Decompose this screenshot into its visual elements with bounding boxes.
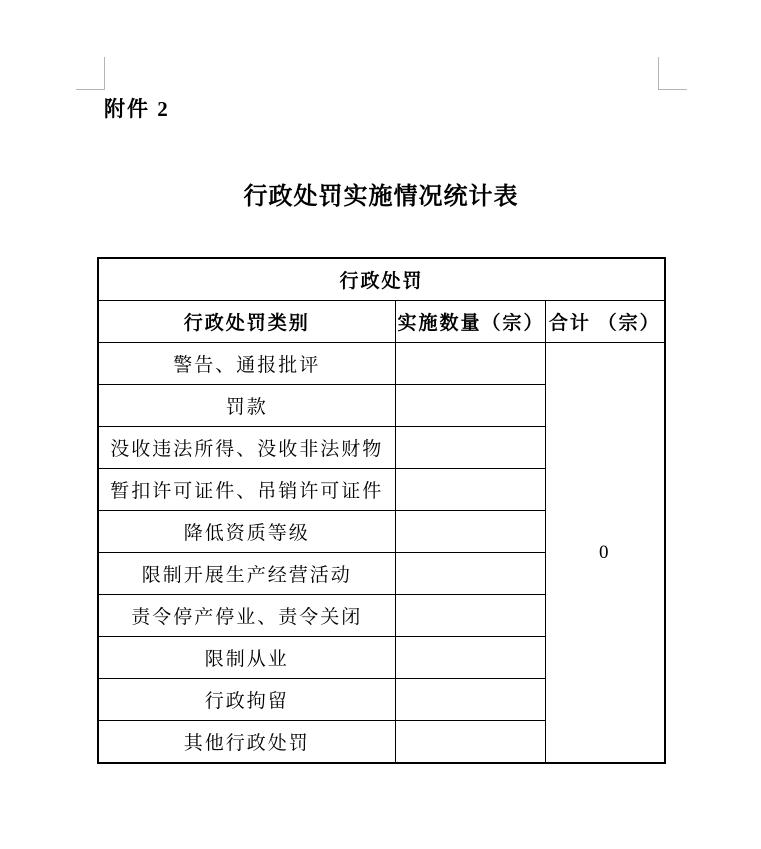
table-group-header-row: 行政处罚 xyxy=(98,258,665,301)
count-cell xyxy=(395,385,545,427)
document-page: 附件 2 行政处罚实施情况统计表 行政处罚 行政处罚类别 实施数量（宗） 合计 … xyxy=(0,0,761,849)
column-header-category: 行政处罚类别 xyxy=(98,301,395,343)
penalty-table: 行政处罚 行政处罚类别 实施数量（宗） 合计 （宗） 警告、通报批评 0 罚款 … xyxy=(97,257,666,764)
count-cell xyxy=(395,679,545,721)
category-cell: 暂扣许可证件、吊销许可证件 xyxy=(98,469,395,511)
column-header-count: 实施数量（宗） xyxy=(395,301,545,343)
count-cell xyxy=(395,343,545,385)
margin-mark-top-left xyxy=(76,57,105,90)
category-cell: 行政拘留 xyxy=(98,679,395,721)
category-cell: 降低资质等级 xyxy=(98,511,395,553)
table-column-header-row: 行政处罚类别 实施数量（宗） 合计 （宗） xyxy=(98,301,665,343)
count-cell xyxy=(395,553,545,595)
category-cell: 警告、通报批评 xyxy=(98,343,395,385)
count-cell xyxy=(395,511,545,553)
category-cell: 责令停产停业、责令关闭 xyxy=(98,595,395,637)
count-cell xyxy=(395,637,545,679)
category-cell: 罚款 xyxy=(98,385,395,427)
total-value-cell: 0 xyxy=(545,343,665,764)
category-cell: 限制开展生产经营活动 xyxy=(98,553,395,595)
category-cell: 其他行政处罚 xyxy=(98,721,395,764)
attachment-label: 附件 2 xyxy=(104,93,170,123)
category-cell: 限制从业 xyxy=(98,637,395,679)
table-row: 警告、通报批评 0 xyxy=(98,343,665,385)
column-header-total: 合计 （宗） xyxy=(545,301,665,343)
count-cell xyxy=(395,469,545,511)
count-cell xyxy=(395,721,545,764)
table-group-header: 行政处罚 xyxy=(98,258,665,301)
count-cell xyxy=(395,427,545,469)
count-cell xyxy=(395,595,545,637)
document-title: 行政处罚实施情况统计表 xyxy=(104,176,658,211)
margin-mark-top-right xyxy=(658,57,687,90)
category-cell: 没收违法所得、没收非法财物 xyxy=(98,427,395,469)
